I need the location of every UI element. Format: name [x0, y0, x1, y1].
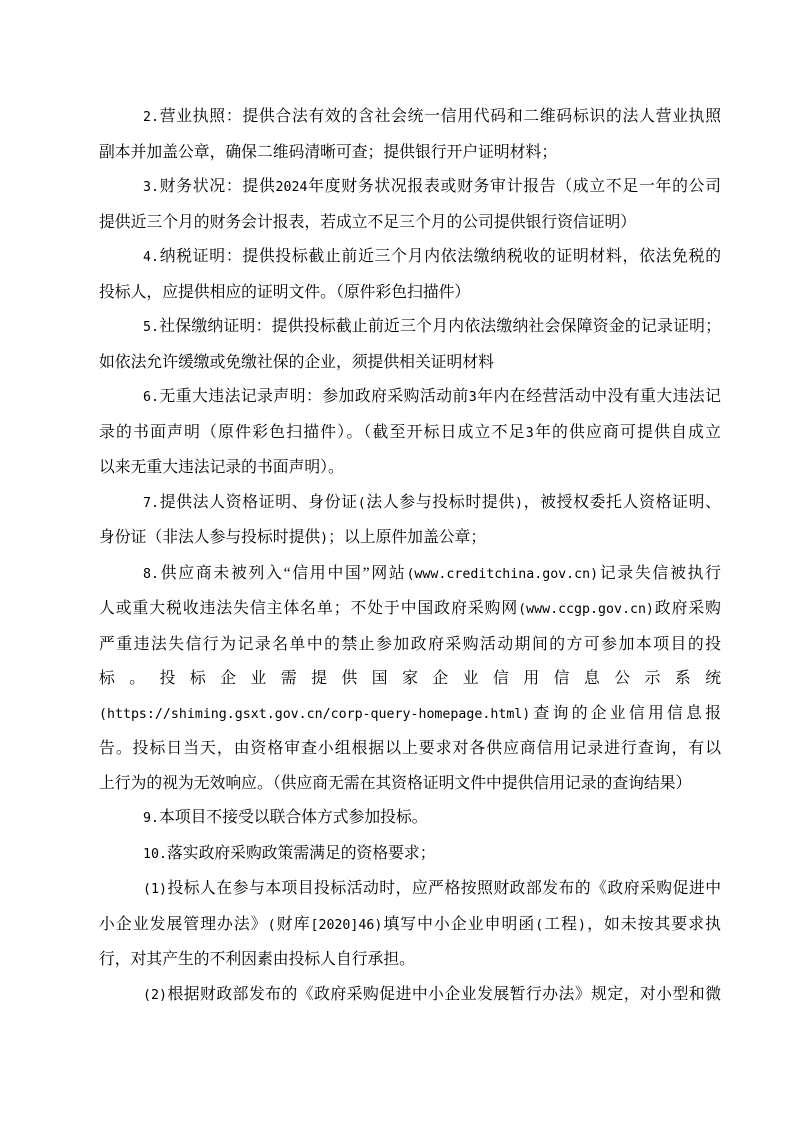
paragraph: 10.落实政府采购政策需满足的资格要求； [99, 837, 721, 873]
text-line: 身份证（非法人参与投标时提供)；以上原件加盖公章； [99, 521, 721, 557]
paragraph: 8.供应商未被列入“信用中国”网站(www.creditchina.gov.cn… [99, 557, 721, 802]
paragraph: 2.营业执照：提供合法有效的含社会统一信用代码和二维码标识的法人营业执照副本并加… [99, 100, 721, 170]
latin-text: ) [578, 918, 586, 933]
latin-text: 8. [143, 567, 159, 582]
latin-text: (www.creditchina.gov.cn) [406, 567, 598, 582]
latin-text: 10. [143, 847, 167, 862]
latin-text: 5. [143, 320, 159, 335]
latin-text: (2) [143, 988, 167, 1003]
latin-text: 4. [143, 250, 159, 265]
paragraph: 7.提供法人资格证明、身份证(法人参与投标时提供)，被授权委托人资格证明、身份证… [99, 486, 721, 557]
text-line: 行，对其产生的不利因素由投标人自行承担。 [99, 943, 721, 978]
text-line: 2.营业执照：提供合法有效的含社会统一信用代码和二维码标识的法人营业执照 [99, 100, 721, 136]
text-line: 6.无重大违法记录声明：参加政府采购活动前3年内在经营活动中没有重大违法记 [99, 380, 721, 416]
text-line: 7.提供法人资格证明、身份证(法人参与投标时提供)，被授权委托人资格证明、 [99, 486, 721, 522]
text-line: (1)投标人在参与本项目投标活动时，应严格按照财政部发布的《政府采购促进中 [99, 872, 721, 908]
text-line: 以来无重大违法记录的书面声明）。 [99, 451, 721, 486]
text-line: 小企业发展管理办法》(财库[2020]46)填写中小企业申明函(工程)，如未按其… [99, 908, 721, 944]
text-line: (https://shiming.gsxt.gov.cn/corp-query-… [99, 697, 721, 733]
latin-text: 2. [143, 110, 159, 125]
text-line: (2)根据财政部发布的《政府采购促进中小企业发展暂行办法》规定，对小型和微 [99, 978, 721, 1014]
document-content: 2.营业执照：提供合法有效的含社会统一信用代码和二维码标识的法人营业执照副本并加… [99, 100, 721, 1013]
text-line: 上行为的视为无效响应。（供应商无需在其资格证明文件中提供信用记录的查询结果） [99, 767, 721, 802]
text-line: 告。投标日当天，由资格审查小组根据以上要求对各供应商信用记录进行查询，有以 [99, 732, 721, 767]
latin-text: 3. [143, 180, 159, 195]
latin-text: 7. [143, 496, 159, 511]
latin-text: ( [358, 496, 366, 511]
text-line: 3.财务状况：提供2024年度财务状况报表或财务审计报告（成立不足一年的公司 [99, 170, 721, 206]
text-line: 10.落实政府采购政策需满足的资格要求； [99, 837, 721, 873]
paragraph: 6.无重大违法记录声明：参加政府采购活动前3年内在经营活动中没有重大违法记录的书… [99, 380, 721, 486]
latin-text: 3 [526, 426, 534, 441]
latin-text: 9. [143, 811, 159, 826]
paragraph: (1)投标人在参与本项目投标活动时，应严格按照财政部发布的《政府采购促进中小企业… [99, 872, 721, 978]
latin-text: 6. [143, 390, 159, 405]
document-page: 2.营业执照：提供合法有效的含社会统一信用代码和二维码标识的法人营业执照副本并加… [0, 0, 793, 1122]
latin-text: ) [515, 496, 523, 511]
paragraph: 3.财务状况：提供2024年度财务状况报表或财务审计报告（成立不足一年的公司提供… [99, 170, 721, 240]
text-line: 严重违法失信行为记录名单中的禁止参加政府采购活动期间的方可参加本项目的投 [99, 628, 721, 663]
paragraph: (2)根据财政部发布的《政府采购促进中小企业发展暂行办法》规定，对小型和微 [99, 978, 721, 1014]
text-line: 投标人，应提供相应的证明文件。（原件彩色扫描件） [99, 276, 721, 311]
text-line: 副本并加盖公章，确保二维码清晰可查；提供银行开户证明材料； [99, 136, 721, 171]
latin-text: ) [320, 531, 328, 546]
text-line: 5.社保缴纳证明：提供投标截止前近三个月内依法缴纳社会保障资金的记录证明； [99, 310, 721, 346]
text-line: 4.纳税证明：提供投标截止前近三个月内依法缴纳税收的证明材料，依法免税的 [99, 240, 721, 276]
text-line: 8.供应商未被列入“信用中国”网站(www.creditchina.gov.cn… [99, 557, 721, 593]
text-line: 提供近三个月的财务会计报表，若成立不足三个月的公司提供银行资信证明） [99, 206, 721, 241]
latin-text: (1) [143, 882, 167, 897]
paragraph: 5.社保缴纳证明：提供投标截止前近三个月内依法缴纳社会保障资金的记录证明；如依法… [99, 310, 721, 380]
text-line: 人或重大税收违法失信主体名单；不处于中国政府采购网(www.ccgp.gov.c… [99, 592, 721, 628]
latin-text: (https://shiming.gsxt.gov.cn/corp-query-… [99, 707, 530, 722]
paragraph: 9.本项目不接受以联合体方式参加投标。 [99, 801, 721, 837]
text-line: 9.本项目不接受以联合体方式参加投标。 [99, 801, 721, 837]
latin-text: 3 [469, 390, 477, 405]
text-line: 标。投标企业需提供国家企业信用信息公示系统 [99, 662, 721, 697]
text-line: 如依法允许缓缴或免缴社保的企业，须提供相关证明材料 [99, 346, 721, 381]
latin-text: ( [535, 918, 543, 933]
latin-text: [2020]46) [310, 918, 382, 933]
paragraph: 4.纳税证明：提供投标截止前近三个月内依法缴纳税收的证明材料，依法免税的投标人，… [99, 240, 721, 310]
latin-text: (www.ccgp.gov.cn) [518, 602, 654, 617]
text-line: 录的书面声明（原件彩色扫描件）。（截至开标日成立不足3年的供应商可提供自成立 [99, 416, 721, 452]
latin-text: 2024 [276, 180, 308, 195]
latin-text: ( [268, 918, 276, 933]
